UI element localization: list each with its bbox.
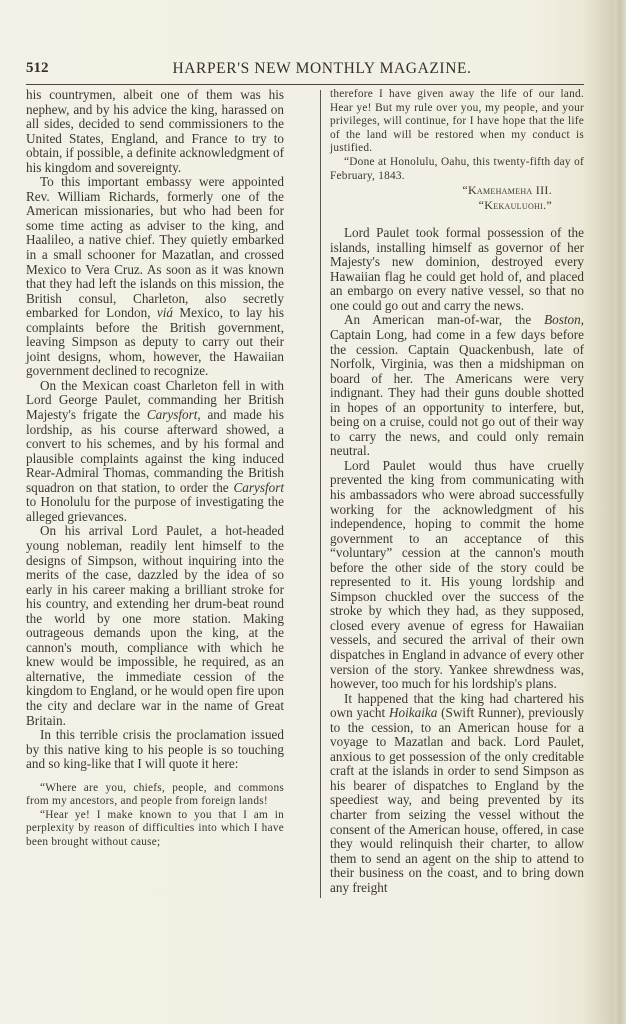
paragraph: An American man-of-war, the Boston, Capt… [330, 313, 584, 458]
proclamation-quote: “Done at Honolulu, Oahu, this twenty-fif… [330, 156, 584, 183]
running-title: HARPER'S NEW MONTHLY MAGAZINE. [26, 60, 584, 78]
magazine-page: 512 HARPER'S NEW MONTHLY MAGAZINE. his c… [0, 0, 626, 1024]
paragraph: It happened that the king had chartered … [330, 692, 584, 896]
proclamation-quote: “Where are you, chiefs, people, and comm… [26, 782, 284, 809]
signature-kekauluohi: “Kekauluohi.” [330, 198, 584, 213]
paragraph: his countrymen, albeit one of them was h… [26, 88, 284, 175]
page-header: 512 HARPER'S NEW MONTHLY MAGAZINE. [26, 60, 584, 82]
paragraph: Lord Paulet would thus have cruelly prev… [330, 459, 584, 692]
left-column: his countrymen, albeit one of them was h… [26, 88, 284, 850]
paragraph: In this terrible crisis the proclamation… [26, 728, 284, 772]
page-edge-shadow [614, 0, 626, 1024]
paragraph: On the Mexican coast Charleton fell in w… [26, 379, 284, 524]
proclamation-quote: “Hear ye! I make known to you that I am … [26, 809, 284, 850]
header-rule [26, 84, 584, 85]
paragraph: Lord Paulet took formal possession of th… [330, 226, 584, 313]
column-divider [320, 90, 321, 898]
paragraph: To this important embassy were appointed… [26, 175, 284, 379]
signature-kamehameha: “Kamehameha III. [330, 183, 584, 198]
paragraph: On his arrival Lord Paulet, a hot-headed… [26, 524, 284, 728]
proclamation-quote: therefore I have given away the life of … [330, 88, 584, 156]
right-column: therefore I have given away the life of … [330, 88, 584, 895]
